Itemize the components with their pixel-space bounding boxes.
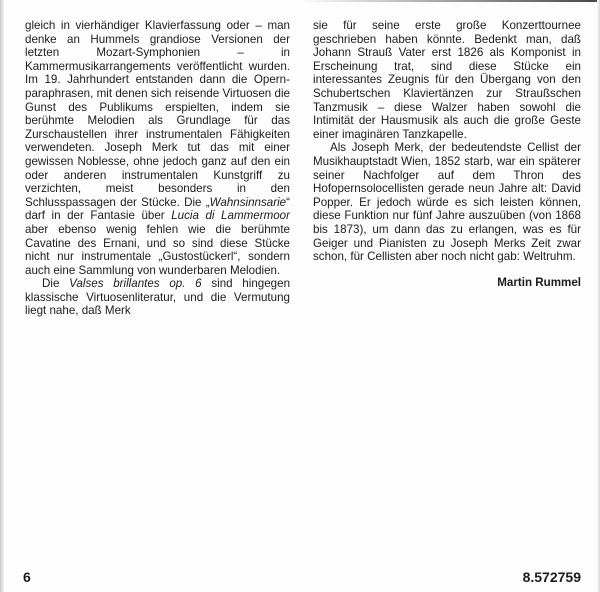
paragraph: Als Joseph Merk, der bedeutendste Cellis… — [313, 141, 581, 263]
scan-edge-top — [300, 0, 600, 2]
italic-title: Wahnsinnsarie — [210, 196, 286, 209]
left-text-column: gleich in vierhändiger Klavierfassung od… — [25, 19, 290, 318]
author-signature: Martin Rummel — [313, 276, 581, 290]
page-number: 6 — [23, 569, 31, 585]
text-run: gleich in vierhändiger Klavierfassung od… — [25, 19, 290, 209]
catalog-number: 8.572759 — [523, 569, 581, 585]
text-run: Die — [42, 277, 69, 290]
right-text-column: sie für seine erste große Konzerttournee… — [313, 19, 581, 289]
italic-title: Valses brillantes op. 6 — [69, 277, 201, 290]
text-run: aber ebenso wenig fehlen wie die berühmt… — [25, 223, 290, 277]
paragraph: sie für seine erste große Konzerttournee… — [313, 19, 581, 141]
italic-title: Lucia di Lammermoor — [171, 209, 290, 222]
scan-edge-left — [0, 0, 4, 592]
paragraph: Die Valses brillantes op. 6 sind hingege… — [25, 277, 290, 318]
paragraph: gleich in vierhändiger Klavierfassung od… — [25, 19, 290, 277]
